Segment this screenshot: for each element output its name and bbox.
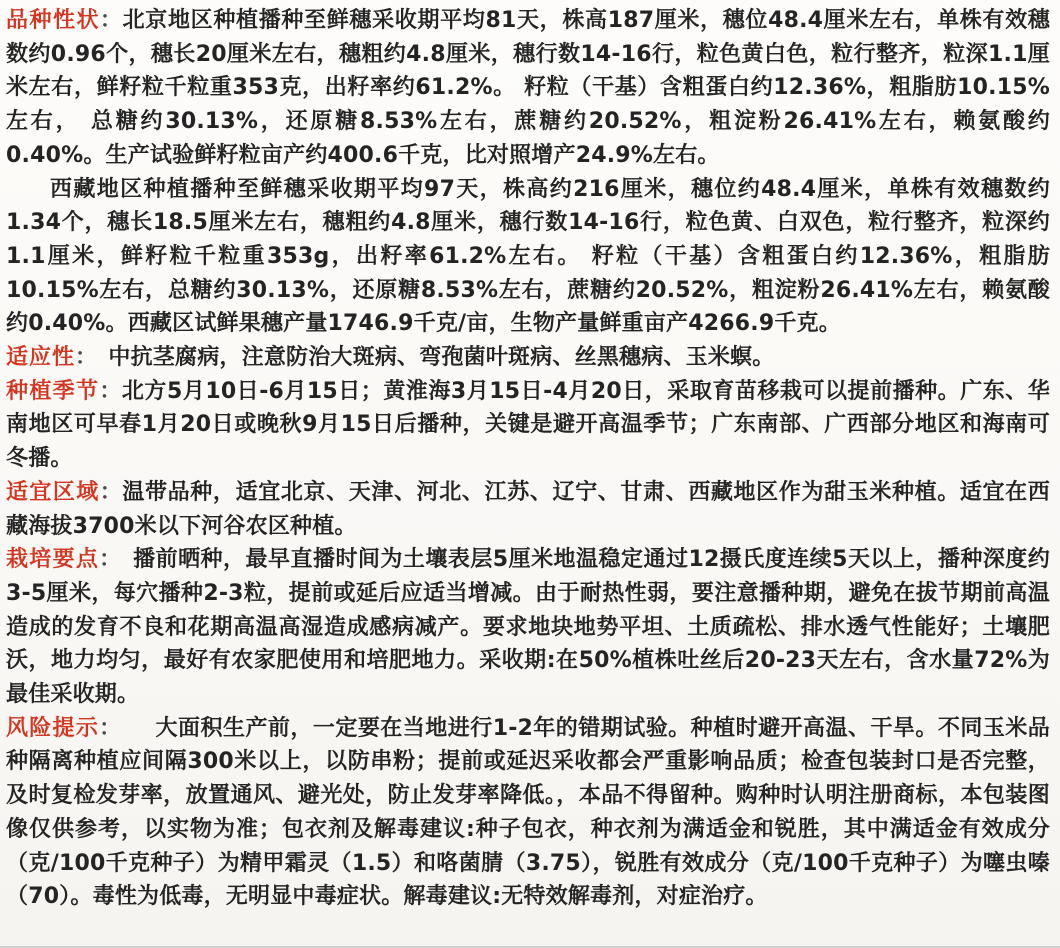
section-variety-traits-para-2: 西藏地区种植播种至鲜穗采收期平均97天，株高约216厘米，穗位约48.4厘米，单… bbox=[6, 173, 1050, 342]
section-text: 西藏地区种植播种至鲜穗采收期平均97天，株高约216厘米，穗位约48.4厘米，单… bbox=[6, 177, 1050, 337]
section-risk-warning: 风险提示： 大面积生产前，一定要在当地进行1-2年的错期试验。种植时避开高温、干… bbox=[6, 712, 1050, 914]
section-colon: ： bbox=[75, 345, 86, 370]
section-planting-season: 种植季节：北方5月10日-6月15日；黄淮海3月15日-4月20日，采取育苗移栽… bbox=[6, 375, 1050, 476]
section-text: 北京地区种植播种至鲜穗采收期平均81天，株高187厘米，穗位48.4厘米左右，单… bbox=[6, 8, 1050, 168]
section-text: 北方5月10日-6月15日；黄淮海3月15日-4月20日，采取育苗移栽可以提前播… bbox=[6, 379, 1050, 471]
section-colon: ： bbox=[99, 547, 110, 572]
section-colon: ： bbox=[99, 716, 110, 741]
section-suitable-regions: 适宜区域：温带品种，适宜北京、天津、河北、江苏、辽宁、甘肃、西藏地区作为甜玉米种… bbox=[6, 476, 1050, 543]
seed-label-document: 品种性状：北京地区种植播种至鲜穗采收期平均81天，株高187厘米，穗位48.4厘… bbox=[0, 0, 1060, 948]
section-label-adaptability: 适应性 bbox=[6, 345, 75, 370]
section-text: 温带品种，适宜北京、天津、河北、江苏、辽宁、甘肃、西藏地区作为甜玉米种植。适宜在… bbox=[6, 480, 1050, 539]
section-cultivation-points: 栽培要点： 播前晒种，最早直播时间为土壤表层5厘米地温稳定通过12摄氏度连续5天… bbox=[6, 543, 1050, 712]
section-adaptability: 适应性： 中抗茎腐病，注意防治大斑病、弯孢菌叶斑病、丝黑穗病、玉米螟。 bbox=[6, 341, 1050, 375]
section-colon: ： bbox=[100, 8, 123, 33]
document-body: 品种性状：北京地区种植播种至鲜穗采收期平均81天，株高187厘米，穗位48.4厘… bbox=[6, 4, 1050, 914]
section-label-cultivation-points: 栽培要点 bbox=[6, 547, 99, 572]
section-colon: ： bbox=[99, 379, 122, 404]
section-colon: ： bbox=[100, 480, 123, 505]
section-label-planting-season: 种植季节 bbox=[6, 379, 99, 404]
section-variety-traits: 品种性状：北京地区种植播种至鲜穗采收期平均81天，株高187厘米，穗位48.4厘… bbox=[6, 4, 1050, 173]
section-label-suitable-regions: 适宜区域 bbox=[6, 480, 100, 505]
section-text: 中抗茎腐病，注意防治大斑病、弯孢菌叶斑病、丝黑穗病、玉米螟。 bbox=[86, 345, 774, 370]
section-label-risk-warning: 风险提示 bbox=[6, 716, 99, 741]
section-label-variety-traits: 品种性状 bbox=[6, 8, 100, 33]
section-text: 播前晒种，最早直播时间为土壤表层5厘米地温稳定通过12摄氏度连续5天以上，播种深… bbox=[6, 547, 1050, 707]
section-text: 大面积生产前，一定要在当地进行1-2年的错期试验。种植时避开高温、干旱。不同玉米… bbox=[6, 716, 1050, 910]
